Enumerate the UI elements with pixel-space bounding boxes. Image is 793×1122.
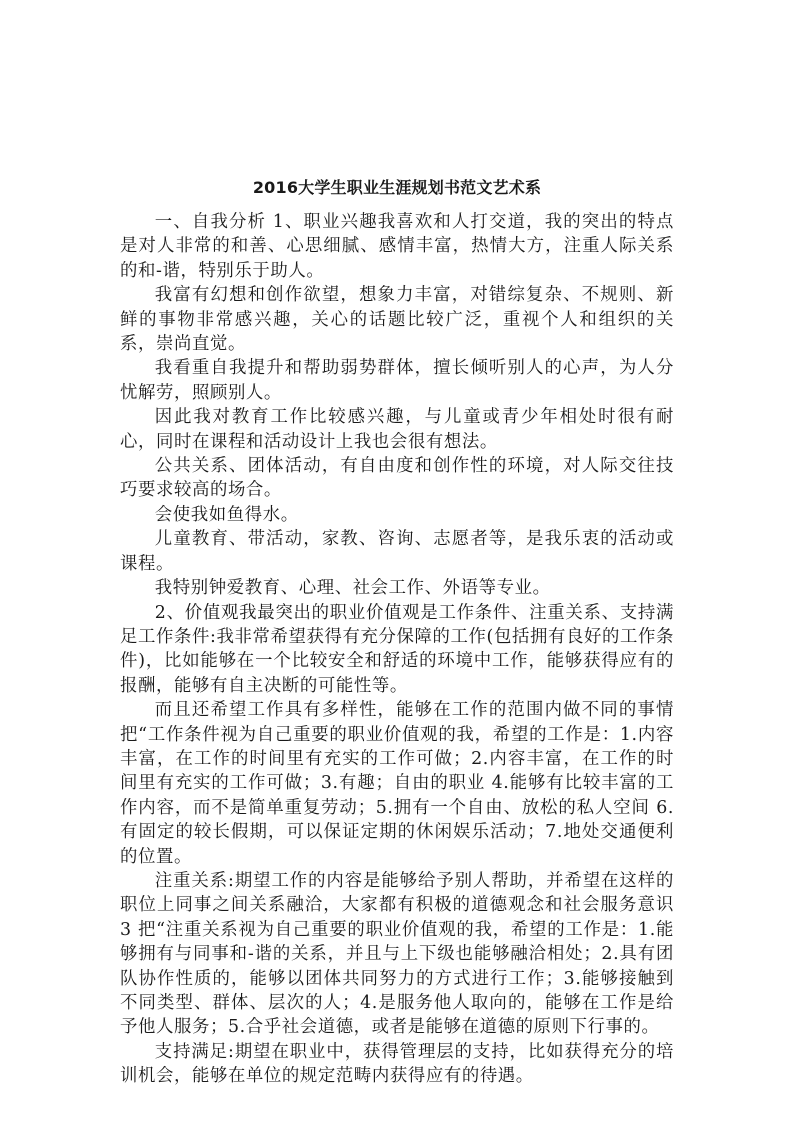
paragraph-values: 2、价值观我最突出的职业价值观是工作条件、注重关系、支持满足工作条件:我非常希望… (120, 601, 674, 699)
paragraph-fish-in-water: 会使我如鱼得水。 (120, 503, 674, 527)
document-page: 2016大学生职业生涯规划书范文艺术系 一、自我分析 1、职业兴趣我喜欢和人打交… (120, 176, 674, 1089)
document-title: 2016大学生职业生涯规划书范文艺术系 (120, 176, 674, 200)
paragraph-self-improvement: 我看重自我提升和帮助弱势群体，擅长倾听别人的心声，为人分忧解劳，照顾别人。 (120, 356, 674, 405)
paragraph-relationships: 注重关系:期望工作的内容是能够给予别人帮助，并希望在这样的职位上同事之间关系融洽… (120, 869, 674, 1040)
paragraph-support: 支持满足:期望在职业中，获得管理层的支持，比如获得充分的培训机会，能够在单位的规… (120, 1040, 674, 1089)
paragraph-work-diversity: 而且还希望工作具有多样性，能够在工作的范围内做不同的事情把“工作条件视为自己重要… (120, 698, 674, 869)
paragraph-public-relations: 公共关系、团体活动，有自由度和创作性的环境，对人际交往技巧要求较高的场合。 (120, 454, 674, 503)
paragraph-activities: 儿童教育、带活动，家教、咨询、志愿者等，是我乐衷的活动或课程。 (120, 527, 674, 576)
paragraph-imagination: 我富有幻想和创作欲望，想象力丰富，对错综复杂、不规则、新鲜的事物非常感兴趣，关心… (120, 283, 674, 356)
paragraph-interest: 一、自我分析 1、职业兴趣我喜欢和人打交道，我的突出的特点是对人非常的和善、心思… (120, 210, 674, 283)
paragraph-majors: 我特别钟爱教育、心理、社会工作、外语等专业。 (120, 576, 674, 600)
paragraph-education-interest: 因此我对教育工作比较感兴趣，与儿童或青少年相处时很有耐心，同时在课程和活动设计上… (120, 405, 674, 454)
